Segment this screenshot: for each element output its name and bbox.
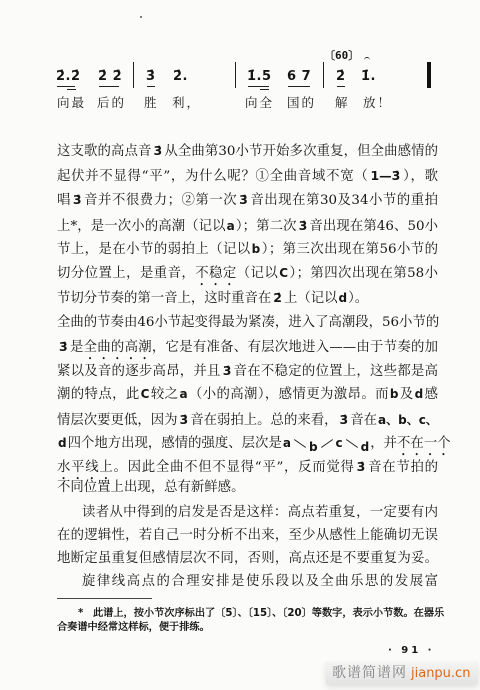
lyric: 后的	[97, 95, 126, 111]
footnote-line: 合奏谱中经常这样标，便于排练。	[57, 621, 210, 635]
text-line: 全曲的节奏由46小节起变得最为紧凑，进入了高潮段，56小节的	[57, 313, 438, 332]
jianpu-note: 2̇	[271, 290, 284, 305]
lyric: 胜	[144, 95, 159, 111]
note: 2̇	[336, 68, 346, 86]
jianpu-note: 3̇	[71, 192, 84, 207]
mark-label: C	[140, 387, 151, 401]
text-line: 起伏并不显得“平”，为什么呢？①全曲音域不宽（1—3̇），歌	[57, 166, 438, 185]
barline	[323, 62, 324, 88]
mark-label: c	[335, 436, 344, 450]
paragraph-start-line: 读者从中得到的启发是否是这样：高点若重复，一定要有内	[82, 503, 438, 522]
note-group: 2̇.2̇	[56, 68, 81, 86]
jianpu-note: 3̇	[338, 412, 351, 427]
text-line: 水平线上。因此全曲不但不显得“平”，反而觉得3̇音在节拍的	[57, 457, 438, 476]
text-line: 切分位置上，是重音，不稳定（记以C）；第四次出现在第58小	[57, 264, 438, 283]
mark-label: b	[389, 387, 400, 401]
mark-labels: a、b、c、	[377, 413, 439, 427]
note: 1̇.	[361, 68, 376, 86]
text-line: 地断定虽重复但感情层次不同，否则，高点还是不要重复为妥。	[57, 549, 438, 568]
descending-line-icon	[294, 439, 306, 448]
jianpu-note: 3̇	[237, 192, 250, 207]
footnote-rule	[57, 598, 152, 599]
watermark: 歌谱简谱网jianpu.cn	[326, 662, 478, 684]
text-line: 在的逻辑性，若自己一时分析不出来，至少从感性上能确切无误	[57, 526, 438, 545]
mark-label: a	[178, 387, 188, 401]
descending-line-icon	[346, 439, 358, 448]
note: 3̇	[146, 68, 156, 86]
emphasized-text: 不稳定	[195, 266, 236, 281]
lyric: 国的	[287, 95, 316, 111]
watermark-domain: jianpu.cn	[411, 666, 470, 681]
note-group: 1̇.5	[247, 68, 272, 86]
scan-speck	[140, 16, 142, 18]
mark-label: b	[251, 242, 262, 256]
text-line: 上*，是一次小的高潮（记以a）；第二次3̇音出现在第46、50小	[57, 216, 438, 235]
jianpu-note: 3̇	[297, 218, 310, 233]
text-line: 情层次要更低，因为3̇音在弱拍上。总的来看，3̇音在a、b、c、	[57, 410, 438, 429]
text-line: 唱3̇音并不很费力；②第一次3̇音出现在第30及34小节的重拍	[57, 190, 438, 209]
fermata-icon	[364, 57, 370, 62]
footnote-line: 此谱上，按小节次序标出了〔5〕、〔15〕、〔20〕等数字，表示小节数。在器乐	[93, 607, 428, 621]
text-line: 3̇是全曲的高潮，它是有准备、有层次地进入——由于节奏的加	[57, 337, 438, 356]
jianpu-note: 3̇	[178, 412, 191, 427]
mark-label: a	[282, 436, 292, 450]
text-line: d四个地方出现，感情的强度、层次是abcd，并不在一个	[57, 434, 438, 453]
lyric: 解	[335, 95, 350, 111]
ascending-line-icon	[321, 439, 333, 448]
watermark-site-name: 歌谱简谱网	[332, 665, 407, 681]
beam-line	[260, 89, 269, 90]
mark-label: d	[338, 291, 349, 305]
text-line: 节切分节奏的第一音上，这时重音在2̇上（记以d）。	[57, 288, 438, 307]
barline	[133, 62, 134, 88]
lyric: 向最	[57, 95, 86, 111]
text-line: 不同位置上出现，总有新鲜感。	[57, 478, 438, 497]
page-number: · 91 ·	[388, 645, 434, 656]
mark-label: d	[360, 440, 371, 454]
lyric: 向全	[245, 95, 274, 111]
mark-label: d	[414, 387, 425, 401]
mark-label: a	[226, 219, 236, 233]
jianpu-note: 3̇	[152, 143, 165, 158]
beam-line	[248, 86, 269, 87]
text-line: 节上，是在小节的弱拍上（记以b）；第三次出现在第56小节的	[57, 240, 438, 259]
emphasized-text: 全曲的高潮	[84, 340, 152, 355]
beam-line	[288, 86, 310, 87]
lyric: 利，	[172, 95, 201, 111]
beam-line	[337, 86, 345, 87]
jianpu-note: 3̇	[355, 459, 368, 474]
lyric: 放！	[363, 95, 392, 111]
jianpu-note: 3̇	[57, 339, 70, 354]
jianpu-note: 3̇	[221, 363, 234, 378]
beam-line	[99, 86, 119, 87]
beam-line	[57, 86, 75, 87]
paragraph-start-line: 旋律线高点的合理安排是使乐段以及全曲乐思的发展富	[82, 572, 438, 591]
note-group: 2̇ 2̇	[98, 68, 122, 86]
beam-line	[67, 89, 76, 90]
footnote-marker: *	[78, 607, 83, 621]
text-line: 紧以及音的逐步高昂，并且3̇音在不稳定的位置上，这些都是高	[57, 361, 438, 380]
note-group: 6 7	[287, 68, 311, 86]
mark-label: b	[308, 440, 319, 454]
emphasized-text: 水平线上	[57, 460, 114, 475]
measure-number: 〔60〕	[324, 47, 359, 63]
emphasized-text: 不在一个	[397, 436, 451, 451]
final-barline	[427, 62, 431, 88]
beam-line	[147, 86, 155, 87]
barline	[235, 62, 236, 88]
jianpu-range: 1—3̇	[368, 168, 402, 183]
text-line: 这支歌的高点音3̇从全曲第30小节开始多次重复，但全曲感情的	[57, 141, 438, 160]
mark-label: C	[278, 266, 289, 280]
mark-label: d	[57, 436, 68, 450]
note: 2̇.	[173, 68, 188, 86]
text-line: 潮的特点，此C较之a（小的高潮），感情更为激昂。而b及d感	[57, 385, 438, 404]
